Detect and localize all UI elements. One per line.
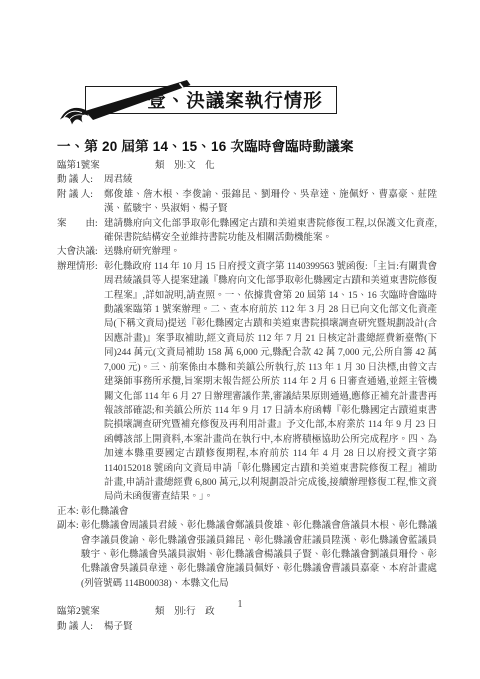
mover-label: 動 議 人: [57, 620, 104, 634]
motion1-case-row: 臨第1號案 類 別:文 化 [57, 159, 437, 173]
motion1-category: 類 別:文 化 [104, 159, 437, 173]
motion1-mover-row: 動 議 人: 周君綾 [57, 173, 437, 187]
document-page: 壹、決議案執行情形 一、第 20 屆第 14、15、16 次臨時會臨時動議案 臨… [0, 0, 480, 679]
motion1-handling-row: 辦理情形: 彰化縣政府 114 年 10 月 15 日府授文資字第 114039… [57, 260, 437, 505]
page-number: 1 [0, 599, 480, 610]
motion1-copy: 彰化縣議會周議員君綾、彰化縣議會鄭議員俊雄、彰化縣議會詹議員木根、彰化縣議會李議… [81, 519, 437, 591]
motion1-copy-row: 副本: 彰化縣議會周議員君綾、彰化縣議會鄭議員俊雄、彰化縣議會詹議員木根、彰化縣… [57, 519, 437, 591]
motion1-case-number: 臨第1號案 [57, 159, 104, 173]
subject-label: 案 由: [57, 217, 104, 231]
section-banner: 壹、決議案執行情形 [85, 86, 337, 114]
copy-label: 副本: [57, 519, 81, 533]
motion1-category-value: 文 化 [186, 161, 215, 171]
motion1-mover: 周君綾 [104, 173, 437, 187]
motion1-subject: 建請縣府向文化部爭取彰化縣國定古蹟和美道東書院修復工程,以保護文化資產,確保書院… [104, 217, 437, 246]
motion2-mover-row: 動 議 人: 楊子賢 [57, 620, 437, 634]
motion1-original: 彰化縣議會 [81, 505, 437, 519]
resolution-label: 大會決議: [57, 245, 104, 259]
motion1-resolution: 送縣府研究辦理。 [104, 245, 437, 259]
section-heading: 一、第 20 屆第 14、15、16 次臨時會臨時動議案 [57, 135, 354, 155]
motion1-seconders-row: 附 議 人: 鄭俊雄、詹木根、李俊諭、張錦昆、劉珊伶、吳韋達、施佩妤、曹嘉豪、莊… [57, 188, 437, 217]
motion2-mover: 楊子賢 [104, 620, 437, 634]
category-label: 類 別: [155, 161, 186, 171]
seconder-label: 附 議 人: [57, 188, 104, 202]
original-label: 正本: [57, 505, 81, 519]
document-body: 臨第1號案 類 別:文 化 動 議 人: 周君綾 附 議 人: 鄭俊雄、詹木根、… [57, 159, 437, 634]
motion1-resolution-row: 大會決議: 送縣府研究辦理。 [57, 245, 437, 259]
motion1-handling: 彰化縣政府 114 年 10 月 15 日府授文資字第 1140399563 號… [104, 260, 437, 505]
motion1-original-row: 正本: 彰化縣議會 [57, 505, 437, 519]
handling-label: 辦理情形: [57, 260, 104, 274]
mover-label: 動 議 人: [57, 173, 104, 187]
motion1-subject-row: 案 由: 建請縣府向文化部爭取彰化縣國定古蹟和美道東書院修復工程,以保護文化資產… [57, 217, 437, 246]
banner-title: 壹、決議案執行情形 [147, 87, 323, 113]
motion1-seconders: 鄭俊雄、詹木根、李俊諭、張錦昆、劉珊伶、吳韋達、施佩妤、曹嘉豪、莊陞漢、藍駿宇、… [104, 188, 437, 217]
